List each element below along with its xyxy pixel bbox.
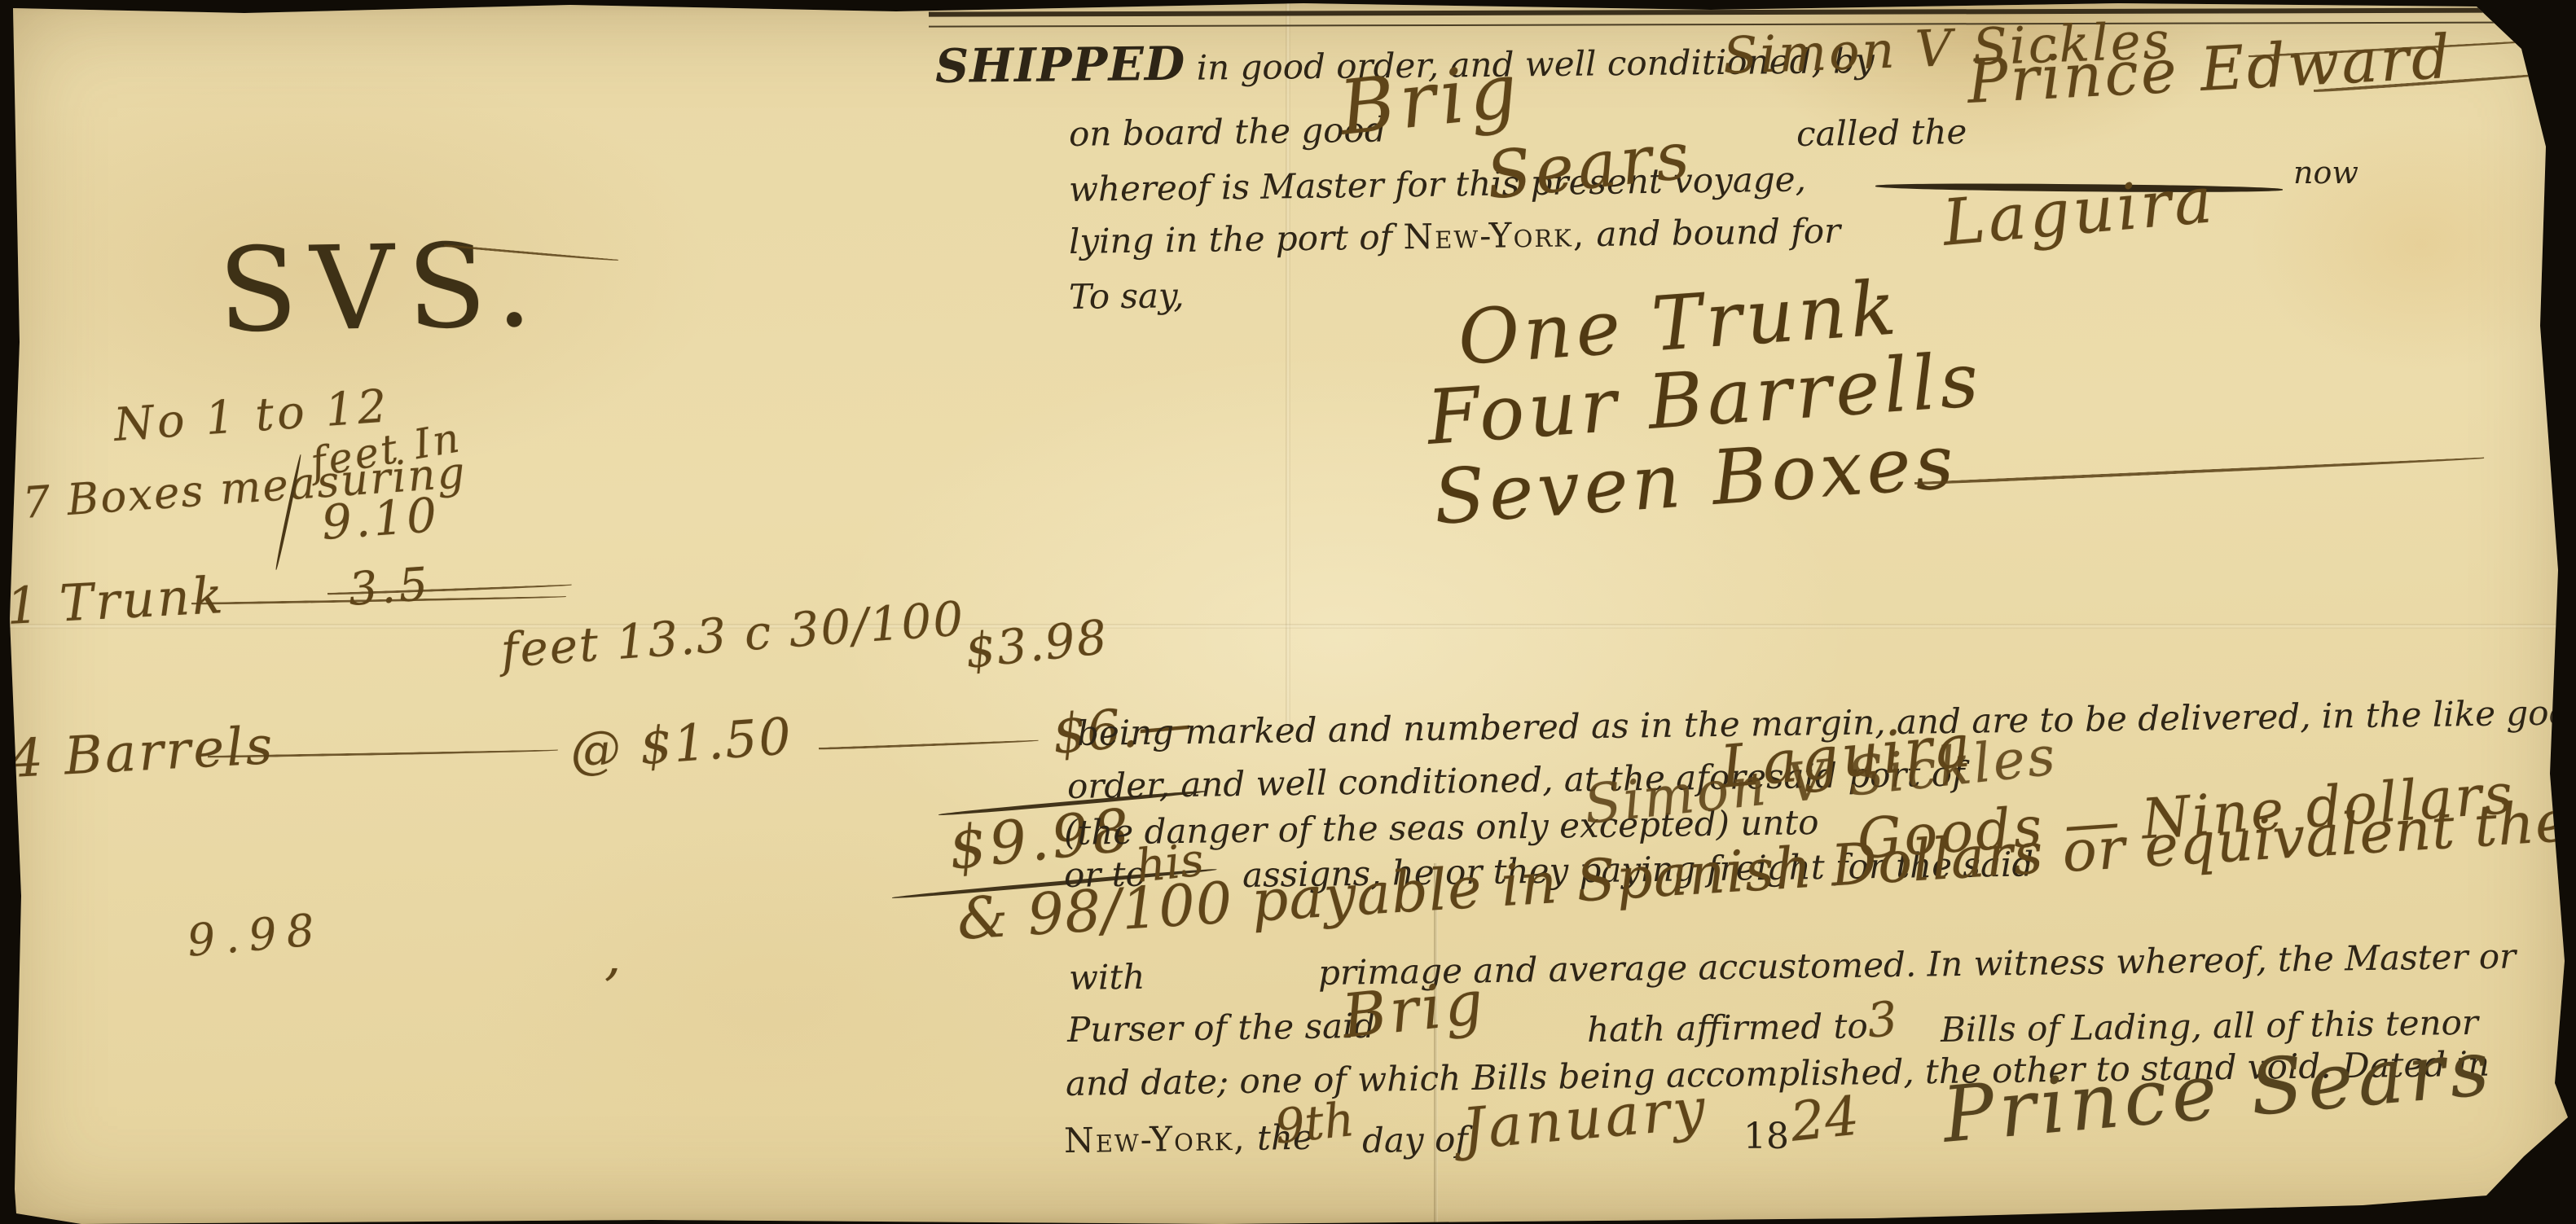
body-primage: primage and average accustomed. In witne…	[1318, 936, 2517, 993]
year-handwritten: 24	[1787, 1084, 1862, 1153]
vessel-type-handwritten: Brig	[1335, 46, 1526, 152]
year-printed: 18	[1743, 1116, 1789, 1157]
fold-crease-horizontal	[0, 624, 2576, 629]
feet-calc-total: $3.98	[962, 609, 1110, 679]
on-board-clause: on board the good	[1069, 110, 1387, 154]
port-name: New-York,	[1403, 214, 1585, 257]
ink-flourish-after-cargo	[1914, 457, 2485, 485]
ink-comma-mark: ,	[604, 927, 621, 987]
lying-pre: lying in the port of	[1069, 217, 1393, 261]
trunk-value: 3.5	[347, 558, 433, 616]
barrels-rate: @ $1.50	[568, 706, 794, 781]
destination-handwritten: Laguira	[1940, 164, 2218, 261]
barrels-line: 4 Barrels	[8, 716, 276, 790]
bill-of-lading-document: SHIPPED in good order, and well conditio…	[0, 0, 2576, 1224]
now-label: now	[2293, 155, 2358, 191]
lying-port-clause: lying in the port of New-York, and bound…	[1069, 211, 1841, 261]
pencil-total: 9.98	[185, 903, 326, 966]
trunk-line: 1 Trunk	[5, 565, 226, 636]
to-say-clause: To say,	[1069, 275, 1185, 317]
fold-crease-vertical	[1286, 0, 1290, 733]
boxes-measure-value: 9.10	[320, 487, 442, 551]
body-with: with	[1069, 957, 1145, 998]
scan-background: { "palette":{"paper":"#e9d8a6","print_in…	[0, 0, 2576, 1224]
body-purser: Purser of the said	[1067, 1006, 1376, 1050]
ink-dash-rate	[819, 740, 1039, 750]
day-handwritten: 9th	[1272, 1091, 1356, 1155]
body-day-of: day of	[1362, 1119, 1469, 1160]
lying-post: and bound for	[1596, 211, 1840, 254]
called-the-clause: called the	[1796, 112, 1967, 154]
bills-count-handwritten: 3	[1864, 990, 1900, 1048]
feet-calc-line: feet 13.3 c 30/100	[499, 590, 967, 678]
shipped-word: SHIPPED	[935, 37, 1186, 94]
shipping-mark: SVS.	[218, 218, 547, 358]
ny-name: New-York,	[1064, 1118, 1246, 1160]
body-affirmed: hath affirmed to	[1587, 1006, 1868, 1050]
vessel-type-handwritten-2: Brig	[1339, 967, 1490, 1052]
